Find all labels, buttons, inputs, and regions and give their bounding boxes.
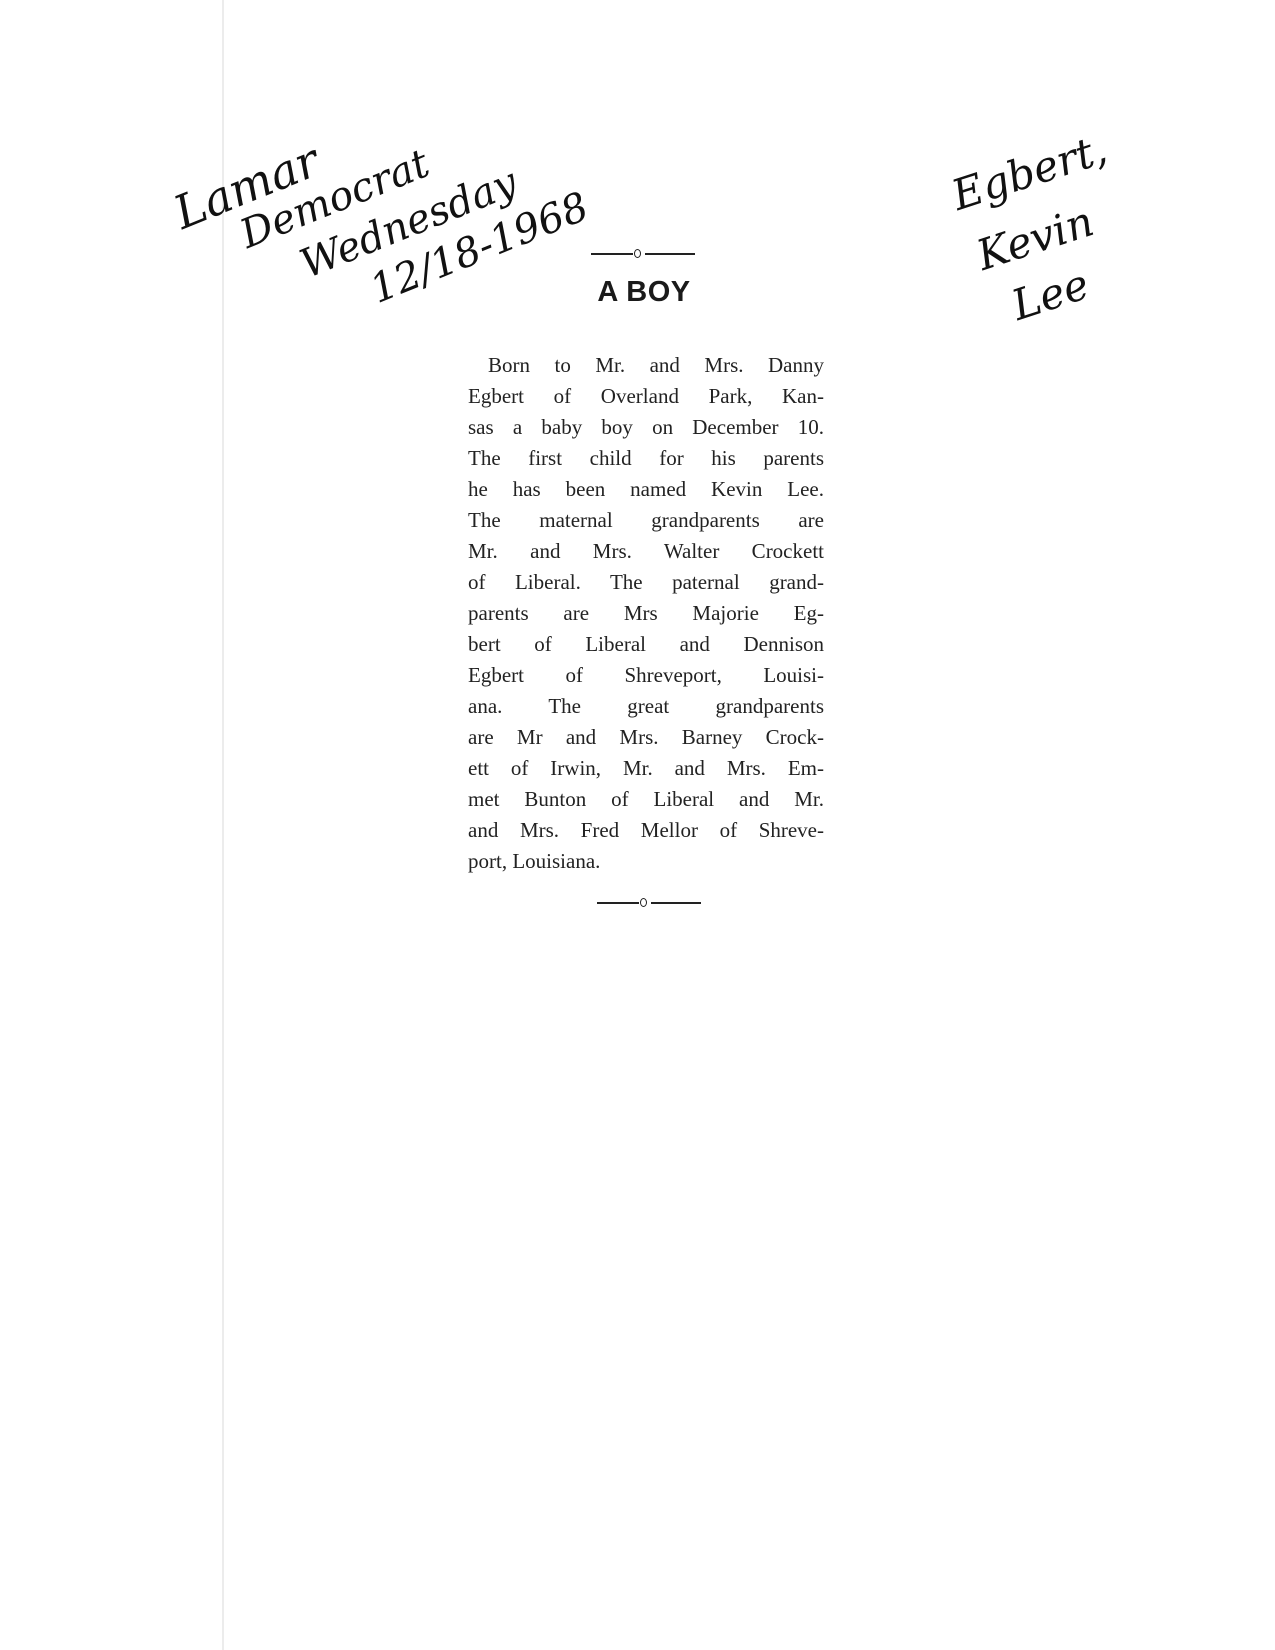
divider-top [591, 249, 695, 259]
article-line: parents are Mrs Majorie Eg- [468, 598, 824, 629]
article-line: Mr. and Mrs. Walter Crockett [468, 536, 824, 567]
article-line: he has been named Kevin Lee. [468, 474, 824, 505]
article-line: are Mr and Mrs. Barney Crock- [468, 722, 824, 753]
article-line: sas a baby boy on December 10. [468, 412, 824, 443]
article-line: Born to Mr. and Mrs. Danny [468, 350, 824, 381]
article-line: Egbert of Overland Park, Kan- [468, 381, 824, 412]
article-line: bert of Liberal and Dennison [468, 629, 824, 660]
article-line: ett of Irwin, Mr. and Mrs. Em- [468, 753, 824, 784]
divider-ring-icon [634, 249, 641, 258]
article-line: met Bunton of Liberal and Mr. [468, 784, 824, 815]
handwritten-line: Lee [1007, 263, 1094, 327]
divider-ring-icon [640, 898, 647, 907]
article-body: Born to Mr. and Mrs. Danny Egbert of Ove… [468, 350, 824, 877]
divider-rule [597, 902, 639, 904]
article-line: The first child for his parents [468, 443, 824, 474]
article-line: The maternal grandparents are [468, 505, 824, 536]
divider-rule [651, 902, 701, 904]
article-line: and Mrs. Fred Mellor of Shreve- [468, 815, 824, 846]
article-line: ana. The great grandparents [468, 691, 824, 722]
handwritten-name-note: Egbert, Kevin Lee [955, 120, 1155, 320]
article-line: port, Louisiana. [468, 846, 824, 877]
divider-rule [645, 253, 695, 255]
handwritten-line: Egbert, [947, 128, 1112, 217]
divider-rule [591, 253, 633, 255]
handwritten-source-note: Lamar Democrat Wednesday 12/18-1968 [180, 95, 590, 280]
divider-bottom [597, 898, 701, 908]
article-line: Egbert of Shreveport, Louisi- [468, 660, 824, 691]
article-headline: A BOY [560, 276, 728, 309]
article-line: of Liberal. The paternal grand- [468, 567, 824, 598]
